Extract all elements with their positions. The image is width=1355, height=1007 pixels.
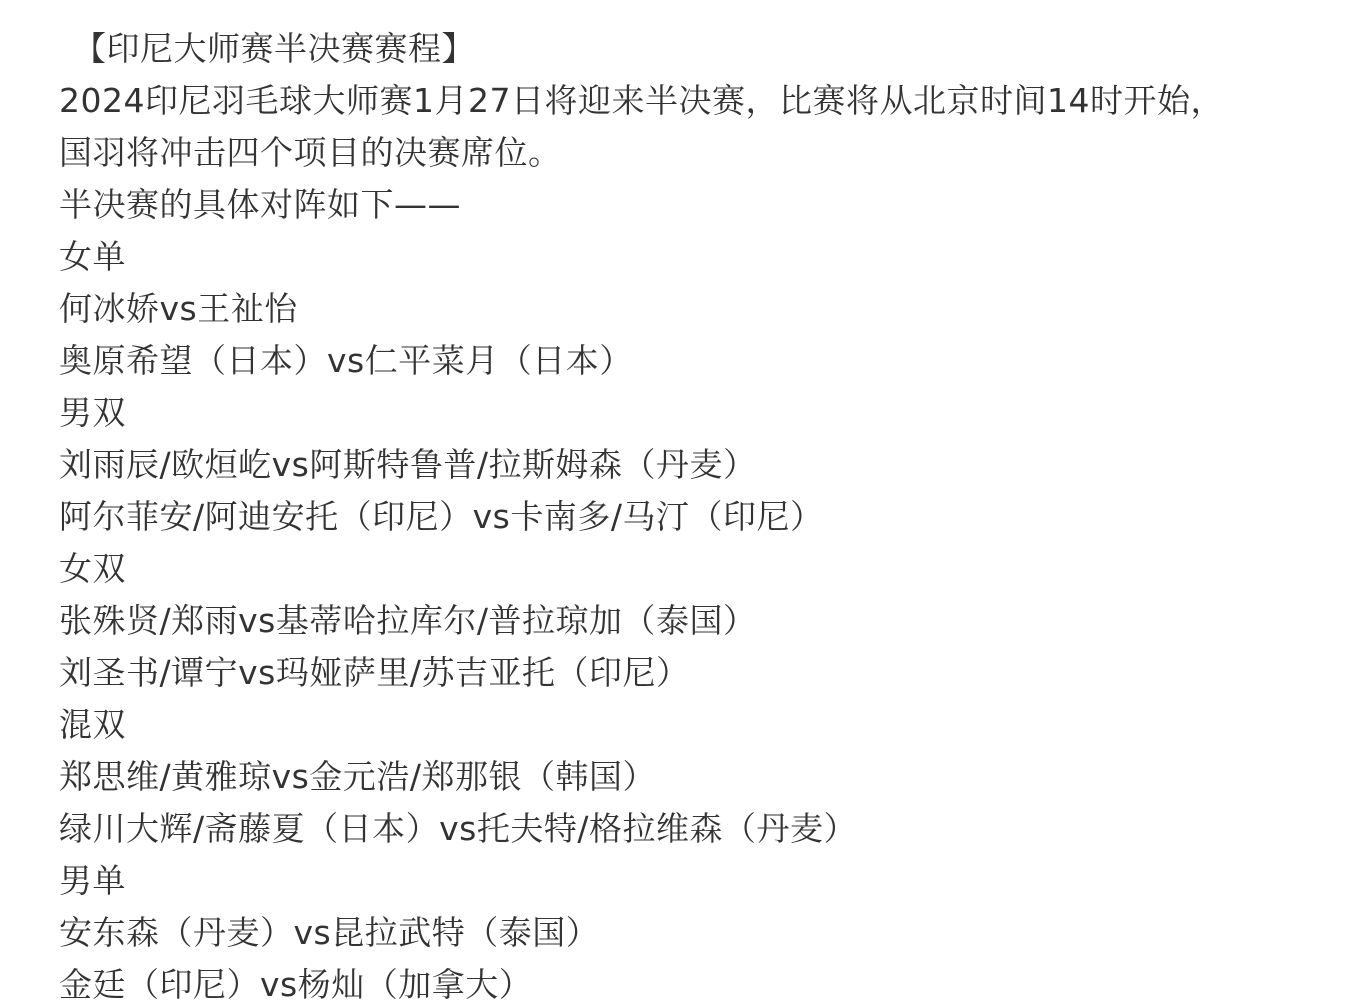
event-section-mixed-doubles: 混双 郑思维/黄雅琼vs金元浩/郑那银（韩国） 绿川大辉/斋藤夏（日本）vs托夫… — [59, 699, 1349, 855]
event-section-mens-singles: 男单 安东森（丹麦）vs昆拉武特（泰国） 金廷（印尼）vs杨灿（加拿大） — [59, 855, 1349, 1007]
event-section-mens-doubles: 男双 刘雨辰/欧烜屹vs阿斯特鲁普/拉斯姆森（丹麦） 阿尔菲安/阿迪安托（印尼）… — [59, 387, 1349, 543]
event-heading: 男单 — [59, 855, 1349, 907]
match-line: 绿川大辉/斋藤夏（日本）vs托夫特/格拉维森（丹麦） — [59, 803, 1349, 855]
match-line: 安东森（丹麦）vs昆拉武特（泰国） — [59, 907, 1349, 959]
event-heading: 混双 — [59, 699, 1349, 751]
document-body: 【印尼大师赛半决赛赛程】 2024印尼羽毛球大师赛1月27日将迎来半决赛，比赛将… — [59, 23, 1349, 1007]
event-section-womens-doubles: 女双 张殊贤/郑雨vs基蒂哈拉库尔/普拉琼加（泰国） 刘圣书/谭宁vs玛娅萨里/… — [59, 543, 1349, 699]
event-heading: 女单 — [59, 231, 1349, 283]
match-line: 阿尔菲安/阿迪安托（印尼）vs卡南多/马汀（印尼） — [59, 491, 1349, 543]
event-section-womens-singles: 女单 何冰娇vs王祉怡 奥原希望（日本）vs仁平菜月（日本） — [59, 231, 1349, 387]
match-line: 奥原希望（日本）vs仁平菜月（日本） — [59, 335, 1349, 387]
intro-line-2: 国羽将冲击四个项目的决赛席位。 — [59, 127, 1349, 179]
event-heading: 女双 — [59, 543, 1349, 595]
match-line: 金廷（印尼）vs杨灿（加拿大） — [59, 959, 1349, 1007]
match-line: 刘雨辰/欧烜屹vs阿斯特鲁普/拉斯姆森（丹麦） — [59, 439, 1349, 491]
match-line: 张殊贤/郑雨vs基蒂哈拉库尔/普拉琼加（泰国） — [59, 595, 1349, 647]
intro-line-1: 2024印尼羽毛球大师赛1月27日将迎来半决赛，比赛将从北京时间14时开始， — [59, 75, 1349, 127]
event-heading: 男双 — [59, 387, 1349, 439]
document-title: 【印尼大师赛半决赛赛程】 — [73, 23, 1349, 75]
match-line: 刘圣书/谭宁vs玛娅萨里/苏吉亚托（印尼） — [59, 647, 1349, 699]
match-line: 郑思维/黄雅琼vs金元浩/郑那银（韩国） — [59, 751, 1349, 803]
intro-line-3: 半决赛的具体对阵如下—— — [59, 179, 1349, 231]
match-line: 何冰娇vs王祉怡 — [59, 283, 1349, 335]
